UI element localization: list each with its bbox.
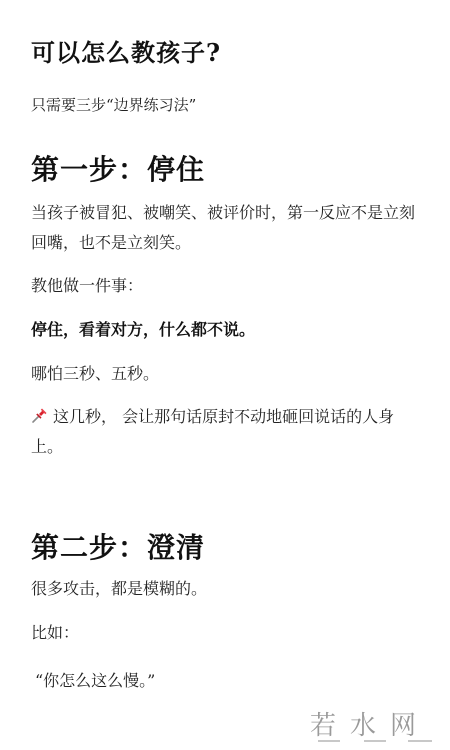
step-1-heading: 第一步：停住 bbox=[31, 148, 205, 188]
step-1-paragraph-1: 当孩子被冒犯、被嘲笑、被评价时，第一反应不是立刻回嘴，也不是立刻笑。 bbox=[31, 198, 426, 258]
watermark-text: 若水网 bbox=[310, 705, 430, 742]
article-title: 可以怎么教孩子? bbox=[31, 33, 221, 68]
step-1-note-text: 这几秒， 会让那句话原封不动地砸回说话的人身上。 bbox=[31, 407, 394, 456]
watermark-underline bbox=[364, 740, 386, 742]
watermark-underline bbox=[318, 740, 340, 742]
step-2-heading: 第二步：澄清 bbox=[31, 526, 205, 566]
watermark-logo: 若水网 bbox=[310, 705, 445, 747]
pushpin-icon bbox=[31, 404, 49, 422]
step-1-paragraph-4: 哪怕三秒、五秒。 bbox=[31, 359, 426, 389]
step-1-paragraph-3: 停住，看着对方，什么都不说。 bbox=[31, 315, 426, 345]
step-2-paragraph-2: 比如： bbox=[31, 618, 426, 648]
step-1-paragraph-2: 教他做一件事： bbox=[31, 271, 426, 301]
article-subtitle: 只需要三步“边界练习法” bbox=[31, 94, 196, 115]
step-2-quote: “你怎么这么慢。” bbox=[35, 668, 155, 691]
step-1-note: 这几秒， 会让那句话原封不动地砸回说话的人身上。 bbox=[31, 402, 426, 462]
watermark-underline bbox=[408, 740, 432, 742]
step-2-paragraph-1: 很多攻击，都是模糊的。 bbox=[31, 574, 426, 604]
